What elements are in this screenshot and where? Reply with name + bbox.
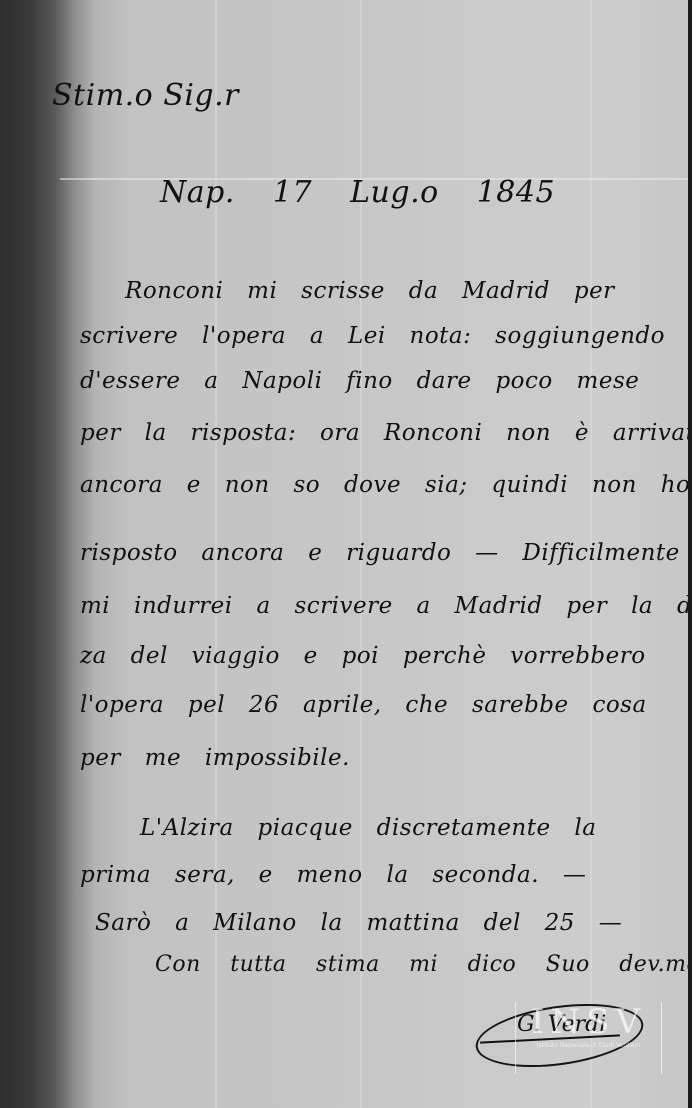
- body-line: Ronconi mi scrisse da Madrid per: [125, 278, 615, 304]
- salutation: Stim.o Sig.r: [52, 78, 239, 113]
- closing-line: Con tutta stima mi dico Suo dev.mo: [155, 952, 690, 977]
- body-line: ancora e non so dove sia; quindi non ho: [80, 472, 690, 498]
- body-line: L'Alzira piacque discretamente la: [140, 815, 596, 841]
- body-line: d'essere a Napoli fino dare poco mese: [80, 368, 639, 394]
- scan-border: [688, 0, 692, 1108]
- body-line: risposto ancora e riguardo — Difficilmen…: [80, 540, 680, 566]
- watermark-caption: Istituto Nazionale di Studi Verdiani: [516, 1042, 661, 1050]
- body-line: prima sera, e meno la seconda. —: [80, 862, 586, 888]
- body-line: Sarò a Milano la mattina del 25 —: [95, 910, 622, 936]
- body-line: per la risposta: ora Ronconi non è arriv…: [80, 420, 690, 446]
- dateline: Nap. 17 Lug.o 1845: [160, 175, 555, 210]
- body-line: za del viaggio e poi perchè vorrebbero: [80, 643, 646, 669]
- watermark-logo: INSV: [516, 1002, 661, 1042]
- watermark: INSV Istituto Nazionale di Studi Verdian…: [515, 1002, 662, 1074]
- body-line: per me impossibile.: [80, 745, 350, 771]
- letter-page: Stim.o Sig.r Nap. 17 Lug.o 1845 Ronconi …: [0, 0, 690, 1108]
- body-line: mi indurrei a scrivere a Madrid per la d…: [80, 593, 690, 619]
- body-line: l'opera pel 26 aprile, che sarebbe cosa: [80, 692, 647, 718]
- body-line: scrivere l'opera a Lei nota: soggiungend…: [80, 323, 665, 349]
